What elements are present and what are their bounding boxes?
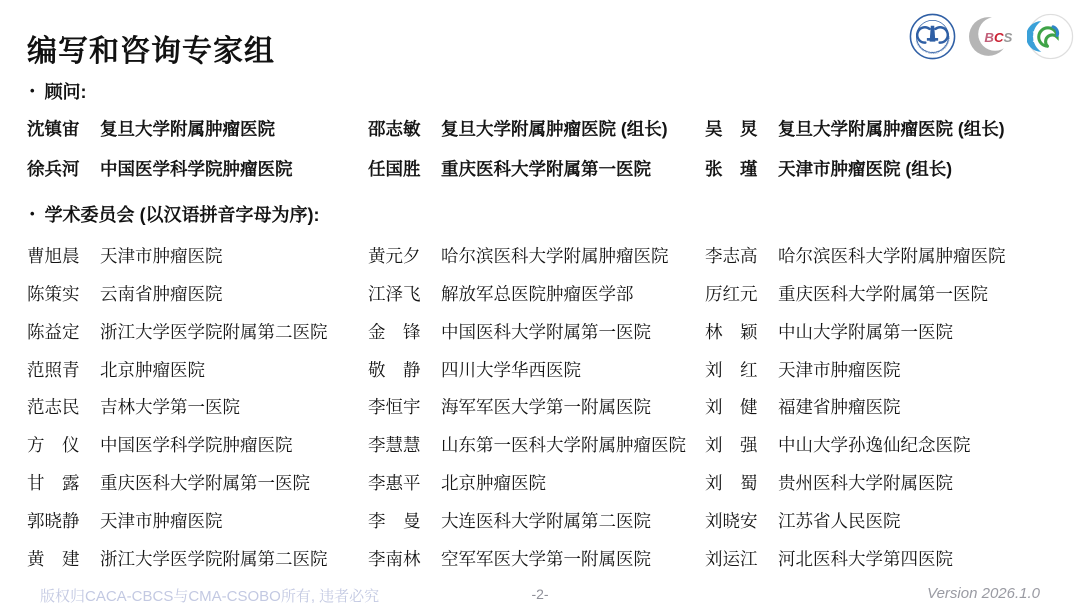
expert-name: 刘 健	[705, 398, 778, 417]
caca-logo: CHINA ANTI-CANCER ASSOCIATION	[909, 13, 956, 60]
expert-hospital: 浙江大学医学院附属第二医院	[100, 550, 328, 569]
expert-name: 范志民	[27, 398, 100, 417]
expert-name: 方 仪	[27, 436, 100, 455]
expert-entry: 黄元夕哈尔滨医科大学附属肿瘤医院	[368, 247, 705, 266]
expert-name: 范照青	[27, 361, 100, 380]
advisor-name: 任国胜	[368, 160, 441, 179]
expert-name: 江泽飞	[368, 285, 441, 304]
expert-hospital: 北京肿瘤医院	[100, 361, 205, 380]
expert-hospital: 浙江大学医学院附属第二医院	[100, 323, 328, 342]
expert-entry: 甘 露重庆医科大学附属第一医院	[27, 474, 368, 493]
committee-row: 甘 露重庆医科大学附属第一医院 李惠平北京肿瘤医院 刘 蜀贵州医科大学附属医院	[27, 465, 1074, 503]
expert-entry: 刘 健福建省肿瘤医院	[705, 398, 1074, 417]
expert-hospital: 四川大学华西医院	[441, 361, 581, 380]
advisor-name: 张 瑾	[705, 160, 778, 179]
expert-hospital: 哈尔滨医科大学附属肿瘤医院	[778, 247, 1006, 266]
expert-name: 黄 建	[27, 550, 100, 569]
committee-row: 方 仪中国医学科学院肿瘤医院 李慧慧山东第一医科大学附属肿瘤医院 刘 强中山大学…	[27, 427, 1074, 465]
expert-entry: 江泽飞解放军总医院肿瘤医学部	[368, 285, 705, 304]
advisor-hospital: 复旦大学附属肿瘤医院 (组长)	[441, 120, 668, 139]
expert-hospital: 解放军总医院肿瘤医学部	[441, 285, 634, 304]
expert-name: 李 曼	[368, 512, 441, 531]
expert-entry: 金 锋中国医科大学附属第一医院	[368, 323, 705, 342]
expert-entry: 郭晓静天津市肿瘤医院	[27, 512, 368, 531]
expert-hospital: 江苏省人民医院	[778, 512, 901, 531]
expert-hospital: 哈尔滨医科大学附属肿瘤医院	[441, 247, 669, 266]
bcs-text: BCS	[984, 30, 1012, 45]
expert-hospital: 中山大学孙逸仙纪念医院	[778, 436, 971, 455]
expert-hospital: 重庆医科大学附属第一医院	[100, 474, 310, 493]
expert-hospital: 重庆医科大学附属第一医院	[778, 285, 988, 304]
expert-entry: 方 仪中国医学科学院肿瘤医院	[27, 436, 368, 455]
advisors-section: 沈镇宙复旦大学附属肿瘤医院 邵志敏复旦大学附属肿瘤医院 (组长) 吴 炅复旦大学…	[27, 110, 1074, 190]
expert-hospital: 北京肿瘤医院	[441, 474, 546, 493]
committee-row: 范照青北京肿瘤医院 敬 静四川大学华西医院 刘 红天津市肿瘤医院	[27, 351, 1074, 389]
expert-name: 曹旭晨	[27, 247, 100, 266]
expert-entry: 李惠平北京肿瘤医院	[368, 474, 705, 493]
expert-entry: 李 曼大连医科大学附属第二医院	[368, 512, 705, 531]
advisors-heading-label: 顾问:	[45, 78, 87, 104]
bcs-logo: BCS	[968, 13, 1015, 60]
expert-name: 郭晓静	[27, 512, 100, 531]
expert-hospital: 中山大学附属第一医院	[778, 323, 953, 342]
expert-hospital: 天津市肿瘤医院	[100, 512, 223, 531]
expert-name: 刘 强	[705, 436, 778, 455]
expert-hospital: 中国医学科学院肿瘤医院	[100, 436, 293, 455]
advisor-entry: 张 瑾天津市肿瘤医院 (组长)	[705, 160, 1074, 179]
expert-hospital: 中国医科大学附属第一医院	[441, 323, 651, 342]
committee-row: 郭晓静天津市肿瘤医院 李 曼大连医科大学附属第二医院 刘晓安江苏省人民医院	[27, 503, 1074, 541]
expert-entry: 曹旭晨天津市肿瘤医院	[27, 247, 368, 266]
expert-hospital: 天津市肿瘤医院	[100, 247, 223, 266]
expert-name: 陈策实	[27, 285, 100, 304]
expert-entry: 陈策实云南省肿瘤医院	[27, 285, 368, 304]
expert-hospital: 贵州医科大学附属医院	[778, 474, 953, 493]
bullet-icon: •	[30, 83, 35, 98]
committee-row: 陈益定浙江大学医学院附属第二医院 金 锋中国医科大学附属第一医院 林 颖中山大学…	[27, 314, 1074, 352]
expert-name: 刘晓安	[705, 512, 778, 531]
bullet-icon: •	[30, 206, 35, 221]
expert-name: 金 锋	[368, 323, 441, 342]
expert-entry: 李慧慧山东第一医科大学附属肿瘤医院	[368, 436, 705, 455]
advisor-entry: 沈镇宙复旦大学附属肿瘤医院	[27, 120, 368, 139]
advisor-hospital: 重庆医科大学附属第一医院	[441, 160, 651, 179]
expert-name: 厉红元	[705, 285, 778, 304]
expert-hospital: 吉林大学第一医院	[100, 398, 240, 417]
committee-section: 曹旭晨天津市肿瘤医院 黄元夕哈尔滨医科大学附属肿瘤医院 李志高哈尔滨医科大学附属…	[27, 238, 1074, 578]
expert-hospital: 福建省肿瘤医院	[778, 398, 901, 417]
advisor-hospital: 复旦大学附属肿瘤医院 (组长)	[778, 120, 1005, 139]
advisor-entry: 邵志敏复旦大学附属肿瘤医院 (组长)	[368, 120, 705, 139]
committee-row: 陈策实云南省肿瘤医院 江泽飞解放军总医院肿瘤医学部 厉红元重庆医科大学附属第一医…	[27, 276, 1074, 314]
version-text: Version 2026.1.0	[927, 585, 1040, 602]
advisor-entry: 吴 炅复旦大学附属肿瘤医院 (组长)	[705, 120, 1074, 139]
csobo-logo	[1027, 13, 1074, 60]
advisor-hospital: 天津市肿瘤医院 (组长)	[778, 160, 952, 179]
committee-heading-label: 学术委员会 (以汉语拼音字母为序):	[45, 201, 320, 227]
expert-entry: 刘 蜀贵州医科大学附属医院	[705, 474, 1074, 493]
committee-row: 范志民吉林大学第一医院 李恒宇海军军医大学第一附属医院 刘 健福建省肿瘤医院	[27, 389, 1074, 427]
expert-entry: 李恒宇海军军医大学第一附属医院	[368, 398, 705, 417]
advisor-name: 邵志敏	[368, 120, 441, 139]
expert-entry: 李志高哈尔滨医科大学附属肿瘤医院	[705, 247, 1074, 266]
expert-entry: 林 颖中山大学附属第一医院	[705, 323, 1074, 342]
expert-name: 李恒宇	[368, 398, 441, 417]
advisor-entry: 任国胜重庆医科大学附属第一医院	[368, 160, 705, 179]
committee-heading: • 学术委员会 (以汉语拼音字母为序):	[30, 201, 320, 227]
expert-entry: 刘晓安江苏省人民医院	[705, 512, 1074, 531]
expert-name: 陈益定	[27, 323, 100, 342]
expert-hospital: 海军军医大学第一附属医院	[441, 398, 651, 417]
expert-entry: 刘 红天津市肿瘤医院	[705, 361, 1074, 380]
expert-name: 刘运江	[705, 550, 778, 569]
advisor-name: 徐兵河	[27, 160, 100, 179]
slide: 编写和咨询专家组 CHINA ANTI-CANCER ASSOCIATION	[0, 0, 1080, 610]
advisor-row: 徐兵河中国医学科学院肿瘤医院 任国胜重庆医科大学附属第一医院 张 瑾天津市肿瘤医…	[27, 150, 1074, 190]
expert-hospital: 山东第一医科大学附属肿瘤医院	[441, 436, 686, 455]
expert-name: 黄元夕	[368, 247, 441, 266]
expert-name: 李南林	[368, 550, 441, 569]
advisor-name: 吴 炅	[705, 120, 778, 139]
expert-hospital: 天津市肿瘤医院	[778, 361, 901, 380]
expert-name: 敬 静	[368, 361, 441, 380]
expert-name: 甘 露	[27, 474, 100, 493]
expert-entry: 李南林空军军医大学第一附属医院	[368, 550, 705, 569]
expert-entry: 刘 强中山大学孙逸仙纪念医院	[705, 436, 1074, 455]
expert-name: 李惠平	[368, 474, 441, 493]
expert-hospital: 云南省肿瘤医院	[100, 285, 223, 304]
expert-entry: 陈益定浙江大学医学院附属第二医院	[27, 323, 368, 342]
logo-group: CHINA ANTI-CANCER ASSOCIATION BCS	[909, 13, 1074, 60]
expert-entry: 厉红元重庆医科大学附属第一医院	[705, 285, 1074, 304]
expert-entry: 黄 建浙江大学医学院附属第二医院	[27, 550, 368, 569]
advisors-heading: • 顾问:	[30, 78, 87, 104]
advisor-entry: 徐兵河中国医学科学院肿瘤医院	[27, 160, 368, 179]
advisor-name: 沈镇宙	[27, 120, 100, 139]
expert-name: 刘 蜀	[705, 474, 778, 493]
expert-entry: 刘运江河北医科大学第四医院	[705, 550, 1074, 569]
page-title: 编写和咨询专家组	[27, 26, 275, 70]
committee-row: 黄 建浙江大学医学院附属第二医院 李南林空军军医大学第一附属医院 刘运江河北医科…	[27, 540, 1074, 578]
expert-hospital: 河北医科大学第四医院	[778, 550, 953, 569]
expert-name: 李慧慧	[368, 436, 441, 455]
expert-name: 李志高	[705, 247, 778, 266]
committee-row: 曹旭晨天津市肿瘤医院 黄元夕哈尔滨医科大学附属肿瘤医院 李志高哈尔滨医科大学附属…	[27, 238, 1074, 276]
expert-entry: 范志民吉林大学第一医院	[27, 398, 368, 417]
expert-hospital: 空军军医大学第一附属医院	[441, 550, 651, 569]
expert-name: 刘 红	[705, 361, 778, 380]
advisor-hospital: 中国医学科学院肿瘤医院	[100, 160, 293, 179]
page-number: -2-	[0, 586, 1080, 602]
expert-hospital: 大连医科大学附属第二医院	[441, 512, 651, 531]
expert-entry: 敬 静四川大学华西医院	[368, 361, 705, 380]
expert-entry: 范照青北京肿瘤医院	[27, 361, 368, 380]
advisor-hospital: 复旦大学附属肿瘤医院	[100, 120, 275, 139]
advisor-row: 沈镇宙复旦大学附属肿瘤医院 邵志敏复旦大学附属肿瘤医院 (组长) 吴 炅复旦大学…	[27, 110, 1074, 150]
expert-name: 林 颖	[705, 323, 778, 342]
